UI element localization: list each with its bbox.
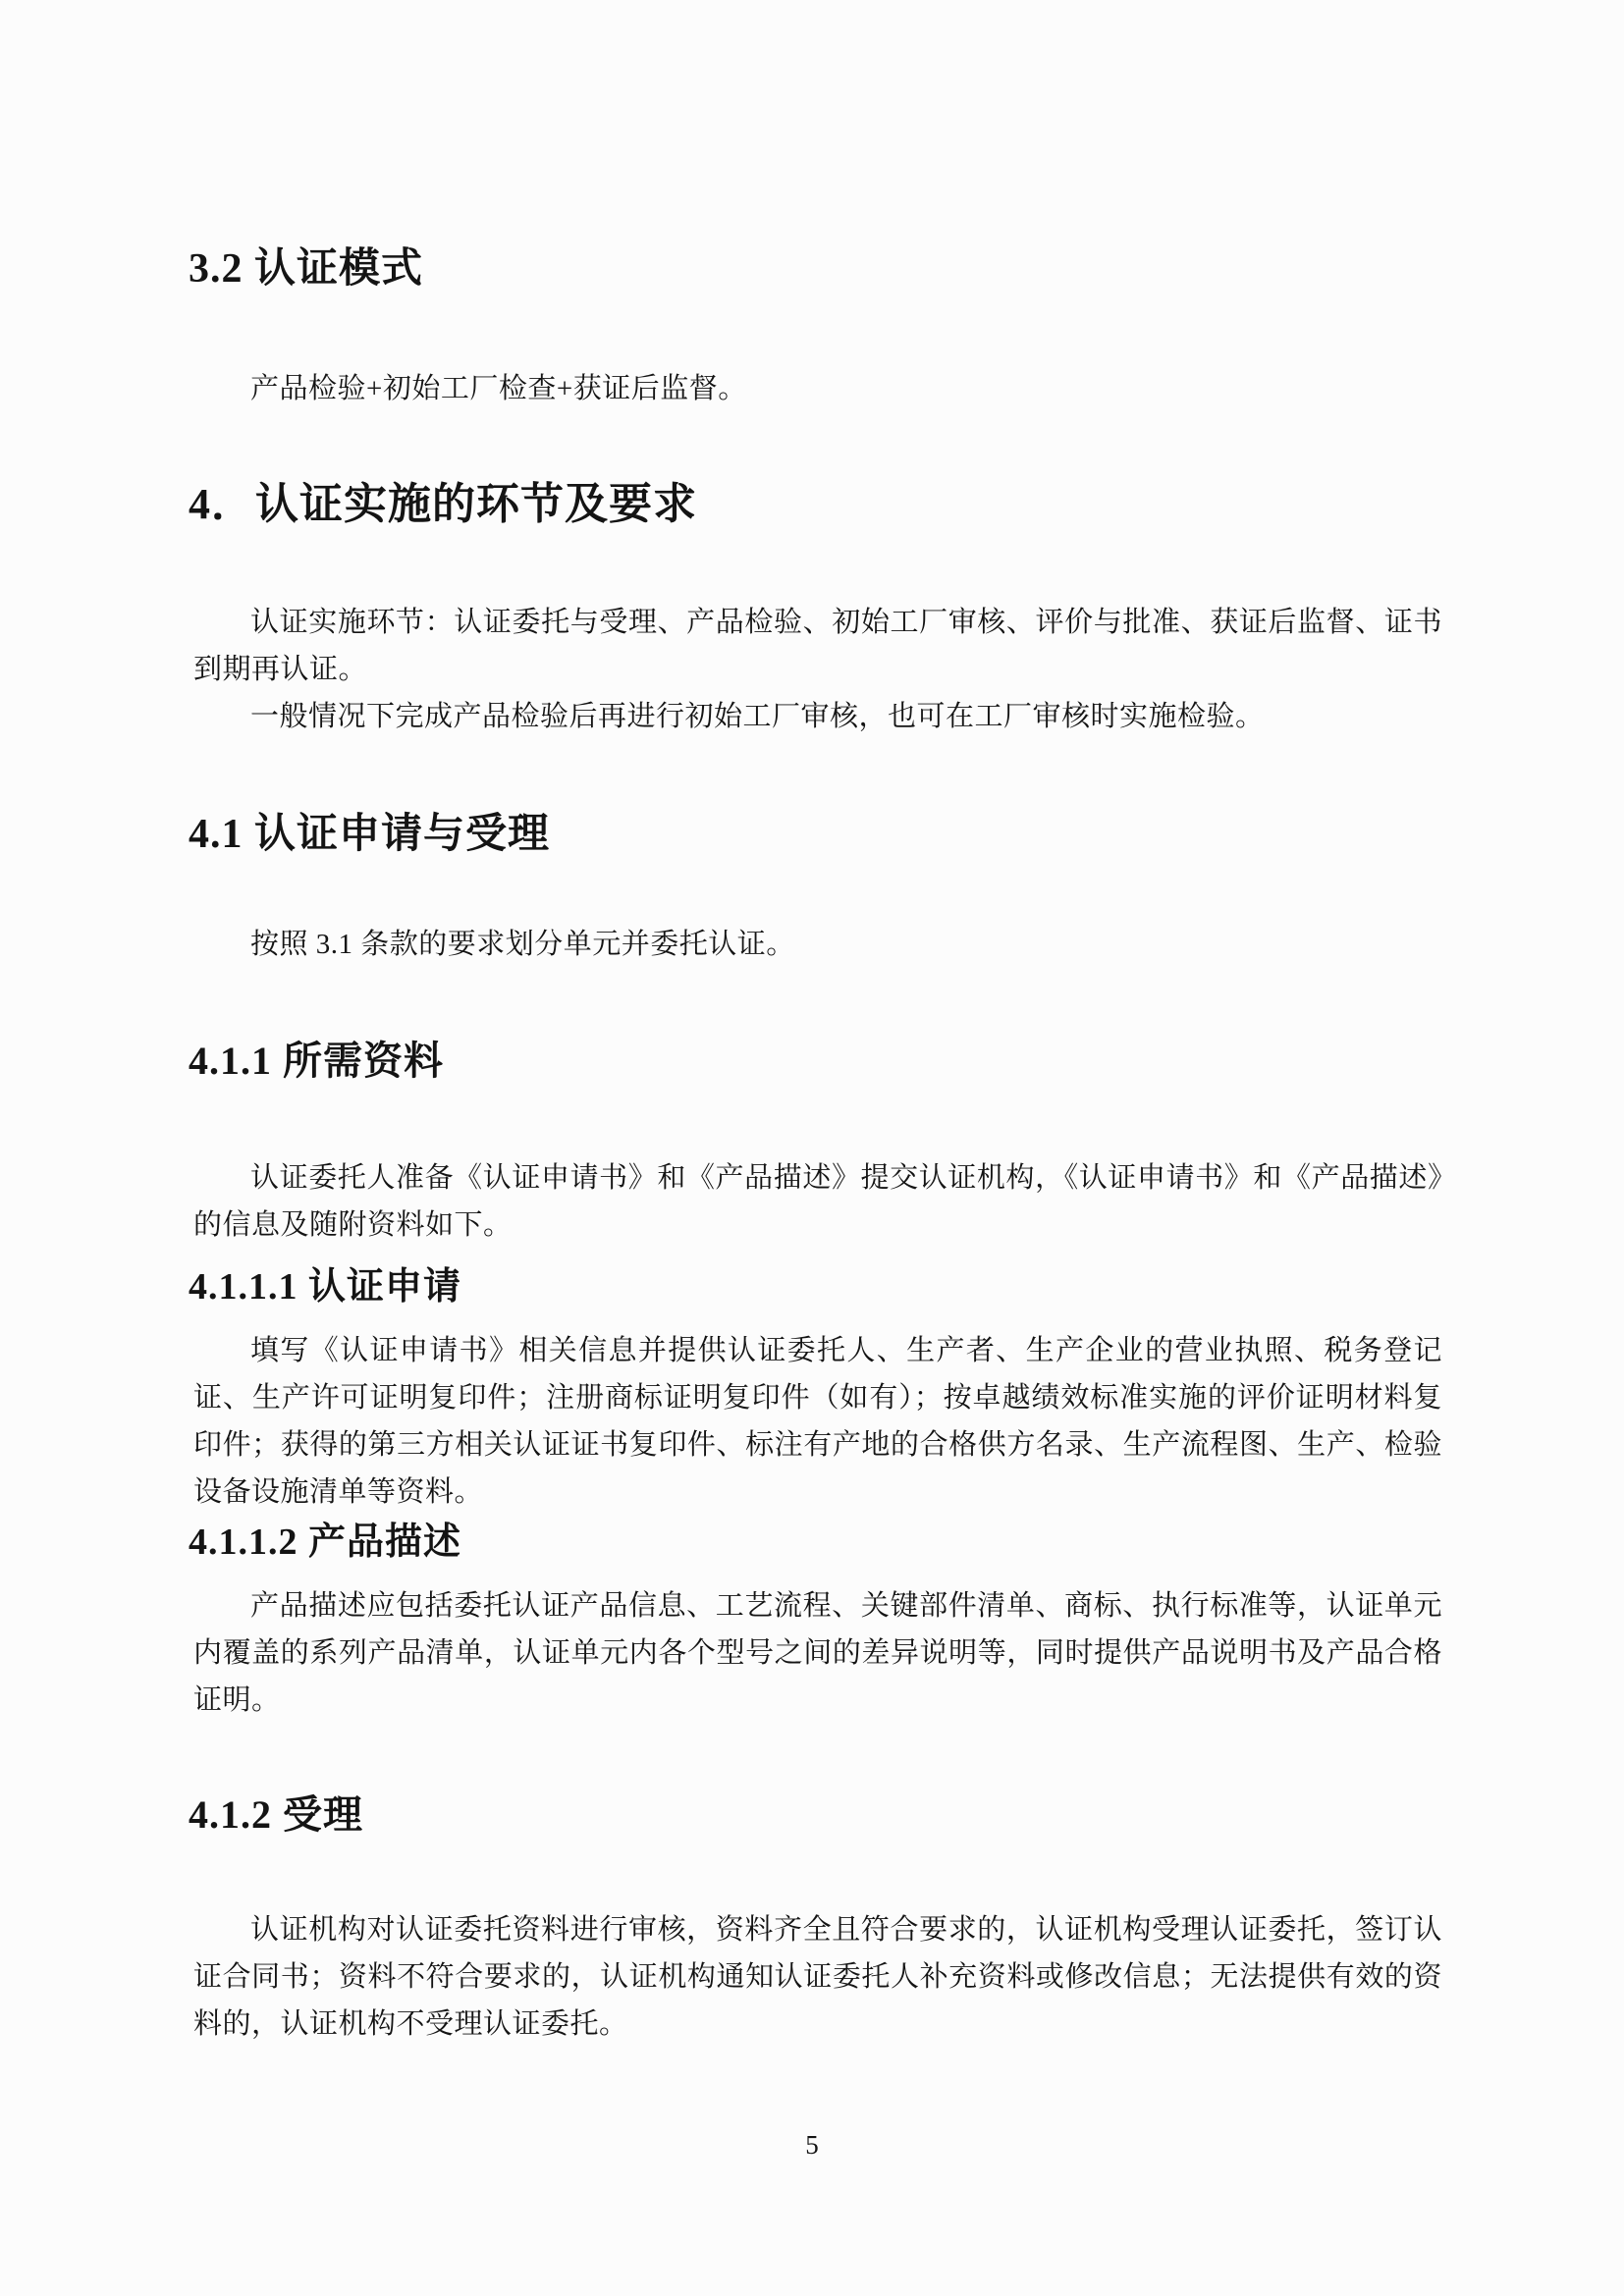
heading-4-1-1-1-certification-application: 4.1.1.1 认证申请 bbox=[189, 1264, 461, 1311]
heading-4-1-1-2-product-description: 4.1.1.2 产品描述 bbox=[189, 1520, 461, 1567]
paragraph-certification-mode: 产品检验+初始工厂检查+获证后监督。 bbox=[193, 365, 1442, 412]
paragraph-inspection-order: 一般情况下完成产品检验后再进行初始工厂审核，也可在工厂审核时实施检验。 bbox=[193, 693, 1442, 740]
heading-4-implementation-stages: 4．认证实施的环节及要求 bbox=[189, 477, 697, 531]
paragraph-product-description: 产品描述应包括委托认证产品信息、工艺流程、关键部件清单、商标、执行标准等，认证单… bbox=[193, 1582, 1442, 1724]
paragraph-implementation-stages: 认证实施环节：认证委托与受理、产品检验、初始工厂审核、评价与批准、获证后监督、证… bbox=[193, 599, 1442, 693]
heading-4-1-application-acceptance: 4.1 认证申请与受理 bbox=[189, 809, 550, 861]
paragraph-required-materials: 认证委托人准备《认证申请书》和《产品描述》提交认证机构，《认证申请书》和《产品描… bbox=[193, 1154, 1442, 1249]
paragraph-acceptance: 认证机构对认证委托资料进行审核，资料齐全且符合要求的，认证机构受理认证委托，签订… bbox=[193, 1906, 1442, 2048]
paragraph-unit-division: 按照 3.1 条款的要求划分单元并委托认证。 bbox=[193, 921, 1442, 968]
document-page: 3.2 认证模式 产品检验+初始工厂检查+获证后监督。 4．认证实施的环节及要求… bbox=[0, 0, 1624, 2296]
paragraph-certification-application: 填写《认证申请书》相关信息并提供认证委托人、生产者、生产企业的营业执照、税务登记… bbox=[193, 1327, 1442, 1516]
heading-4-1-2-acceptance: 4.1.2 受理 bbox=[189, 1790, 363, 1840]
page-number: 5 bbox=[0, 2128, 1624, 2162]
heading-3-2-certification-mode: 3.2 认证模式 bbox=[189, 243, 423, 295]
heading-4-1-1-required-materials: 4.1.1 所需资料 bbox=[189, 1037, 444, 1086]
